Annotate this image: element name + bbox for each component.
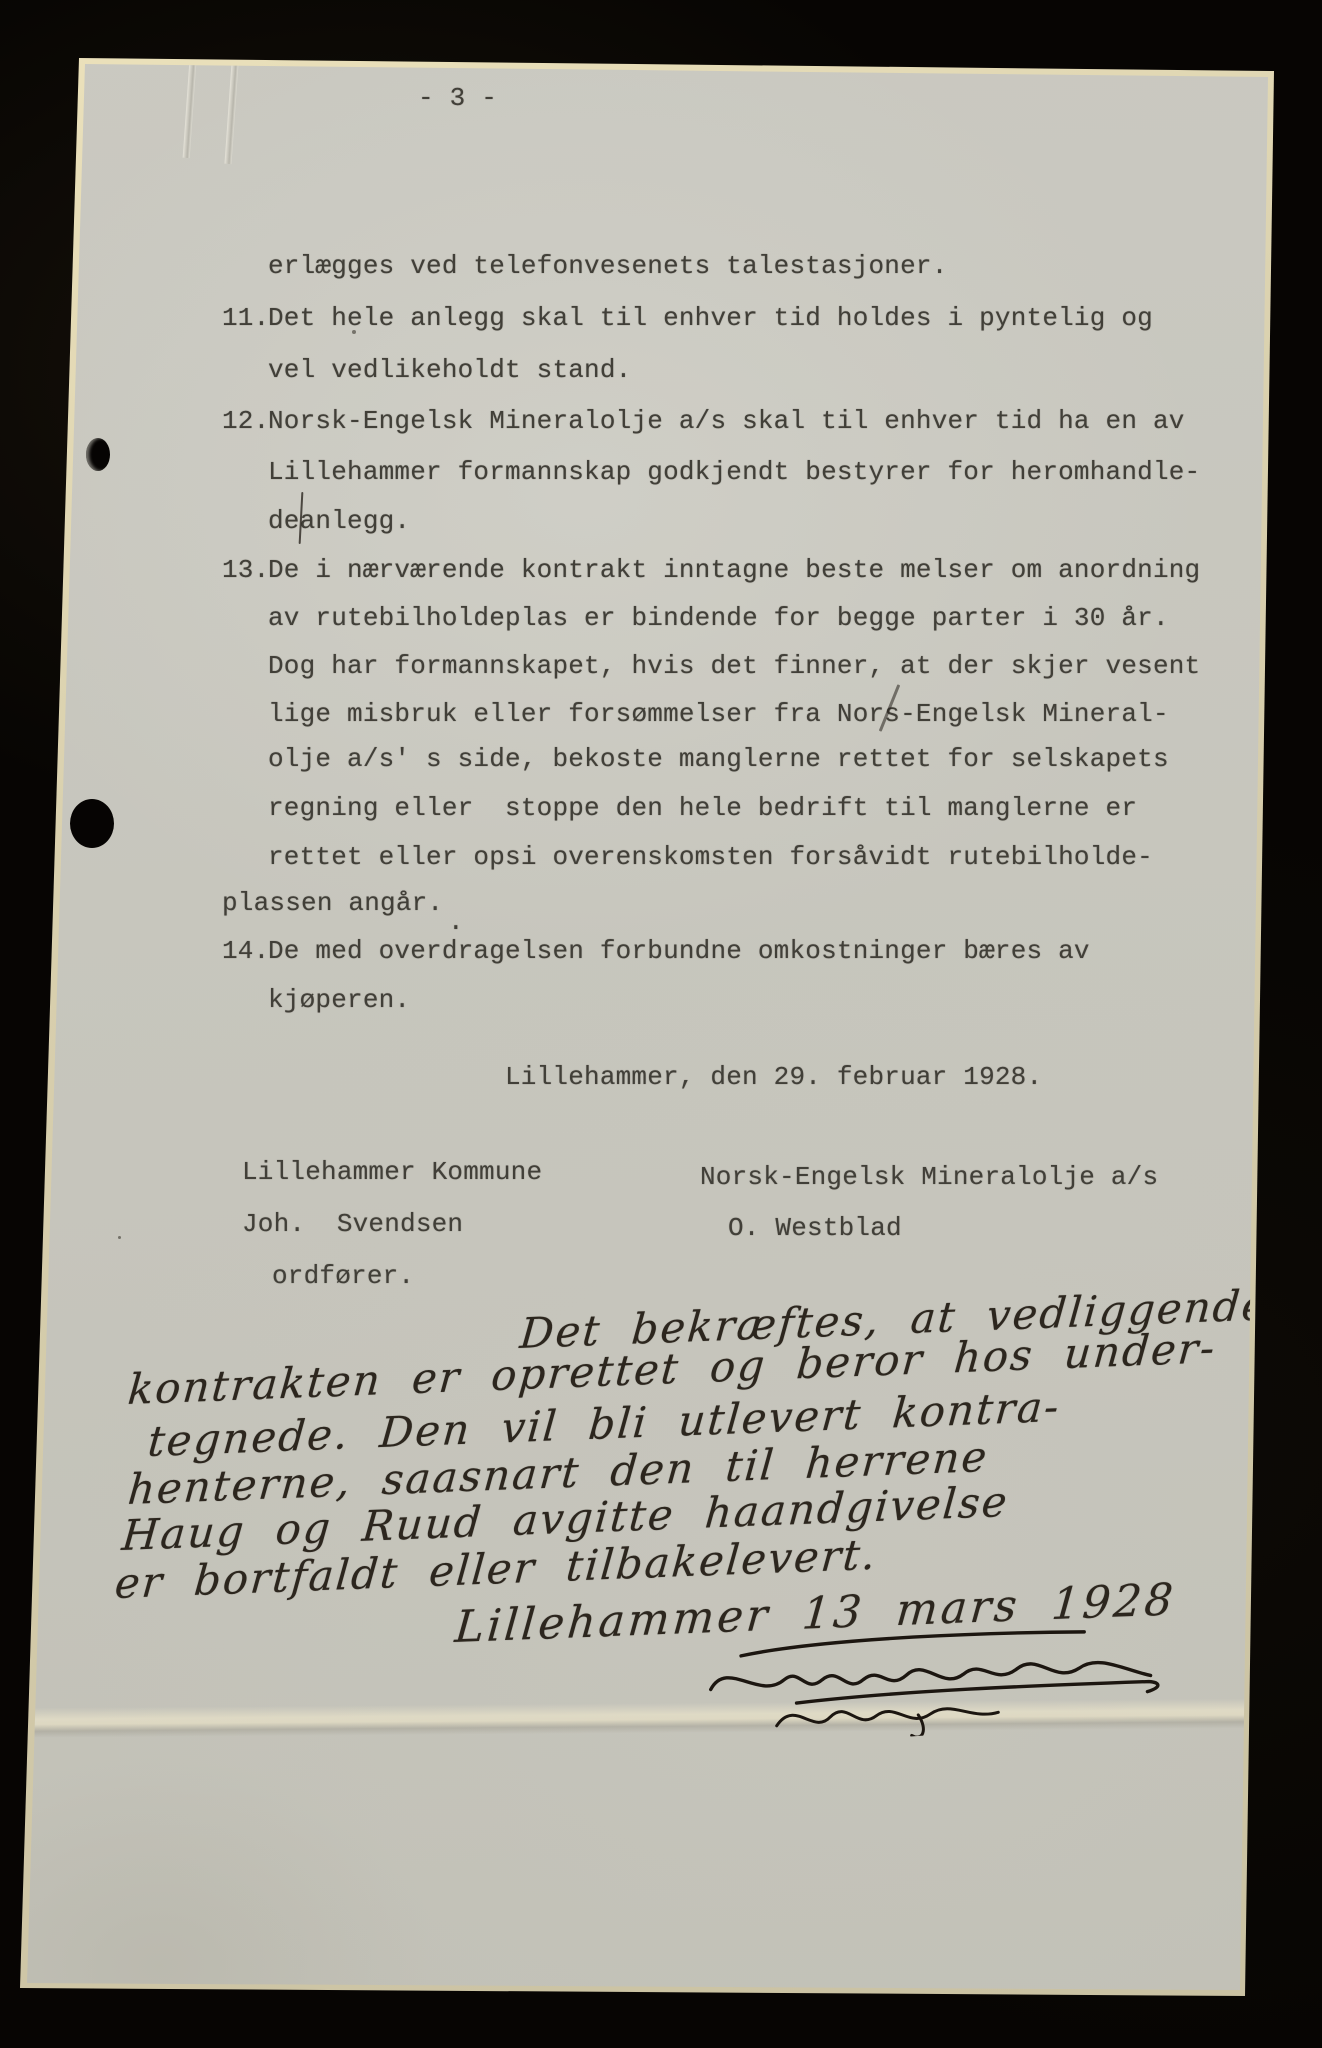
signatory-right-name: O. Westblad (728, 1214, 902, 1242)
item-number: 12. (222, 407, 268, 435)
contract-page: - 3 - erlægges ved telefonvesenets tales… (0, 0, 1322, 2048)
item-text: rettet eller opsi overenskomsten forsåvi… (268, 843, 1153, 871)
signatory-right-org: Norsk-Engelsk Mineralolje a/s (700, 1163, 1158, 1191)
paper-fold-crease (0, 1698, 1322, 1738)
item-text: plassen angår. (222, 889, 443, 917)
contract-item-line: 13.De i nærværende kontrakt inntagne bes… (222, 556, 1200, 584)
item-text: av rutebilholdeplas er bindende for begg… (268, 604, 1169, 632)
contract-dateline: Lillehammer, den 29. februar 1928. (505, 1063, 1042, 1091)
signatory-left-title: ordfører. (272, 1262, 414, 1290)
signatory-left-name: Joh. Svendsen (242, 1210, 463, 1238)
item-text: regning eller stoppe den hele bedrift ti… (268, 794, 1137, 822)
item-text: deanlegg. (268, 507, 410, 535)
punch-hole (86, 438, 110, 471)
archive-photo-canvas: - 3 - erlægges ved telefonvesenets tales… (0, 0, 1322, 2048)
paperclip-impression-mark (224, 63, 238, 164)
signatory-left-org: Lillehammer Kommune (242, 1158, 542, 1186)
item-text: Lillehammer formannskap godkjendt bestyr… (268, 458, 1200, 486)
item-number: 11. (222, 304, 268, 332)
item-text: olje a/s' s side, bekoste manglerne rett… (268, 745, 1169, 773)
item-number: 13. (222, 556, 268, 584)
page-number: - 3 - (418, 84, 497, 112)
item-text: kjøperen. (268, 986, 410, 1014)
item-text: Norsk-Engelsk Mineralolje a/s skal til e… (268, 406, 1185, 436)
contract-item-line: 11.Det hele anlegg skal til enhver tid h… (222, 304, 1153, 332)
continuation-line: erlægges ved telefonvesenets talestasjon… (268, 252, 948, 280)
dust-speck (118, 1236, 121, 1239)
item-number: 14. (222, 937, 268, 965)
contract-item-line: 12.Norsk-Engelsk Mineralolje a/s skal ti… (222, 407, 1185, 435)
item-text: De i nærværende kontrakt inntagne beste … (268, 555, 1200, 585)
contract-item-line: 14.De med overdragelsen forbundne omkost… (222, 937, 1090, 965)
stray-typed-period: . (448, 908, 464, 936)
item-text: Dog har formannskapet, hvis det finner, … (268, 652, 1200, 680)
item-text: Det hele anlegg skal til enhver tid hold… (268, 303, 1153, 333)
item-text: De med overdragelsen forbundne omkostnin… (268, 936, 1090, 966)
paperclip-impression-mark (183, 62, 197, 158)
punch-hole (70, 799, 114, 848)
item-text: lige misbruk eller forsømmelser fra Nors… (268, 700, 1169, 728)
item-text: vel vedlikeholdt stand. (268, 356, 631, 384)
